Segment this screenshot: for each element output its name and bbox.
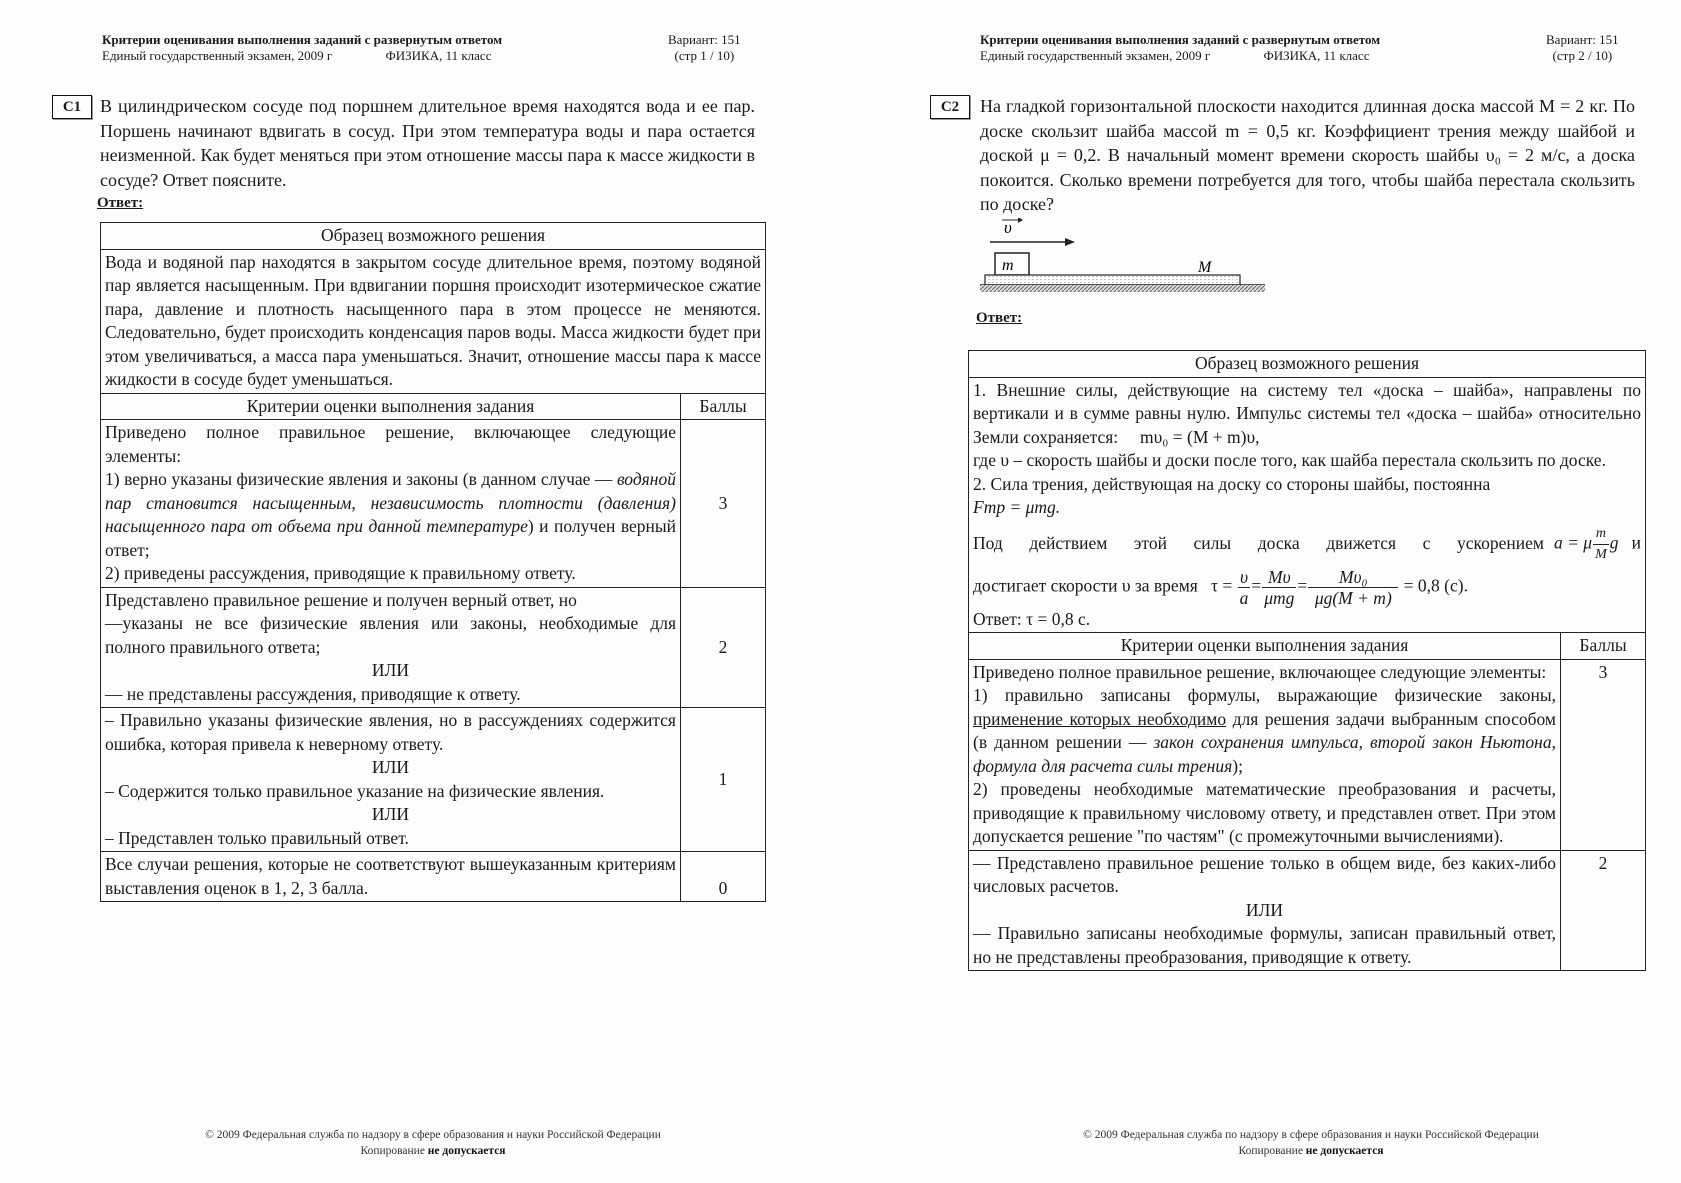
points-value: 1 xyxy=(681,708,766,852)
points-value: 3 xyxy=(681,420,766,588)
page-number: (стр 1 / 10) xyxy=(668,48,741,64)
question-text: В цилиндрическом сосуде под поршнем длит… xyxy=(100,94,755,192)
solution-header: Образец возможного решения xyxy=(969,351,1646,378)
svg-text:m: m xyxy=(1002,257,1014,274)
svg-text:υ: υ xyxy=(1004,218,1012,237)
page-footer: © 2009 Федеральная служба по надзору в с… xyxy=(978,1127,1644,1159)
header-subject: ФИЗИКА, 11 класс xyxy=(385,48,491,63)
points-value: 2 xyxy=(1561,850,1646,971)
criteria-row: – Правильно указаны физические явления, … xyxy=(101,708,766,852)
criteria-row: Приведено полное правильное решение, вкл… xyxy=(101,420,766,588)
criteria-row: Приведено полное правильное решение, вкл… xyxy=(969,659,1646,850)
header-exam: Единый государственный экзамен, 2009 г xyxy=(102,48,332,63)
solution-text: 1. Внешние силы, действующие на систему … xyxy=(969,377,1646,633)
task-id-badge: С1 xyxy=(52,95,92,119)
criteria-row: Все случаи решения, которые не соответст… xyxy=(101,852,766,902)
criteria-row: Представлено правильное решение и получе… xyxy=(101,587,766,708)
header-title: Критерии оценивания выполнения заданий с… xyxy=(102,32,502,48)
variant-label: Вариант: 151 xyxy=(668,32,741,48)
criteria-table: Образец возможного решения Вода и водяно… xyxy=(100,222,766,902)
answer-label: Ответ: xyxy=(976,310,1022,327)
page-header: Критерии оценивания выполнения заданий с… xyxy=(980,32,1380,64)
or-separator: ИЛИ xyxy=(105,659,676,683)
variant-label: Вариант: 151 xyxy=(1546,32,1619,48)
criteria-table: Образец возможного решения 1. Внешние си… xyxy=(968,350,1646,971)
criteria-header: Критерии оценки выполнения задания xyxy=(969,633,1561,660)
board-shape xyxy=(985,275,1240,285)
page-header-right: Вариант: 151 (стр 2 / 10) xyxy=(1546,32,1619,64)
points-header: Баллы xyxy=(1561,633,1646,660)
page-footer: © 2009 Федеральная служба по надзору в с… xyxy=(100,1127,766,1159)
page-header: Критерии оценивания выполнения заданий с… xyxy=(102,32,502,64)
or-separator: ИЛИ xyxy=(973,899,1556,923)
criteria-header: Критерии оценки выполнения задания xyxy=(101,393,681,420)
or-separator: ИЛИ xyxy=(105,756,676,780)
points-header: Баллы xyxy=(681,393,766,420)
solution-answer: Ответ: τ = 0,8 с. xyxy=(973,608,1641,632)
page-2: Критерии оценивания выполнения заданий с… xyxy=(840,0,1681,1183)
task-id-badge: С2 xyxy=(930,95,970,119)
page-1: Критерии оценивания выполнения заданий с… xyxy=(0,0,840,1183)
page-header-right: Вариант: 151 (стр 1 / 10) xyxy=(668,32,741,64)
points-value: 3 xyxy=(1561,659,1646,850)
question-text: На гладкой горизонтальной плоскости нахо… xyxy=(980,94,1635,217)
answer-label: Ответ: xyxy=(97,195,143,212)
svg-text:M: M xyxy=(1197,259,1213,276)
points-value: 2 xyxy=(681,587,766,708)
page-number: (стр 2 / 10) xyxy=(1546,48,1619,64)
header-subject: ФИЗИКА, 11 класс xyxy=(1263,48,1369,63)
solution-text: Вода и водяной пар находятся в закрытом … xyxy=(101,249,766,393)
board-puck-diagram: υ m M xyxy=(980,218,1270,298)
or-separator: ИЛИ xyxy=(105,803,676,827)
criteria-row: — Представлено правильное решение только… xyxy=(969,850,1646,971)
ground-shape xyxy=(980,285,1265,292)
header-exam: Единый государственный экзамен, 2009 г xyxy=(980,48,1210,63)
points-value: 0 xyxy=(681,852,766,902)
solution-header: Образец возможного решения xyxy=(101,223,766,250)
header-title: Критерии оценивания выполнения заданий с… xyxy=(980,32,1380,48)
